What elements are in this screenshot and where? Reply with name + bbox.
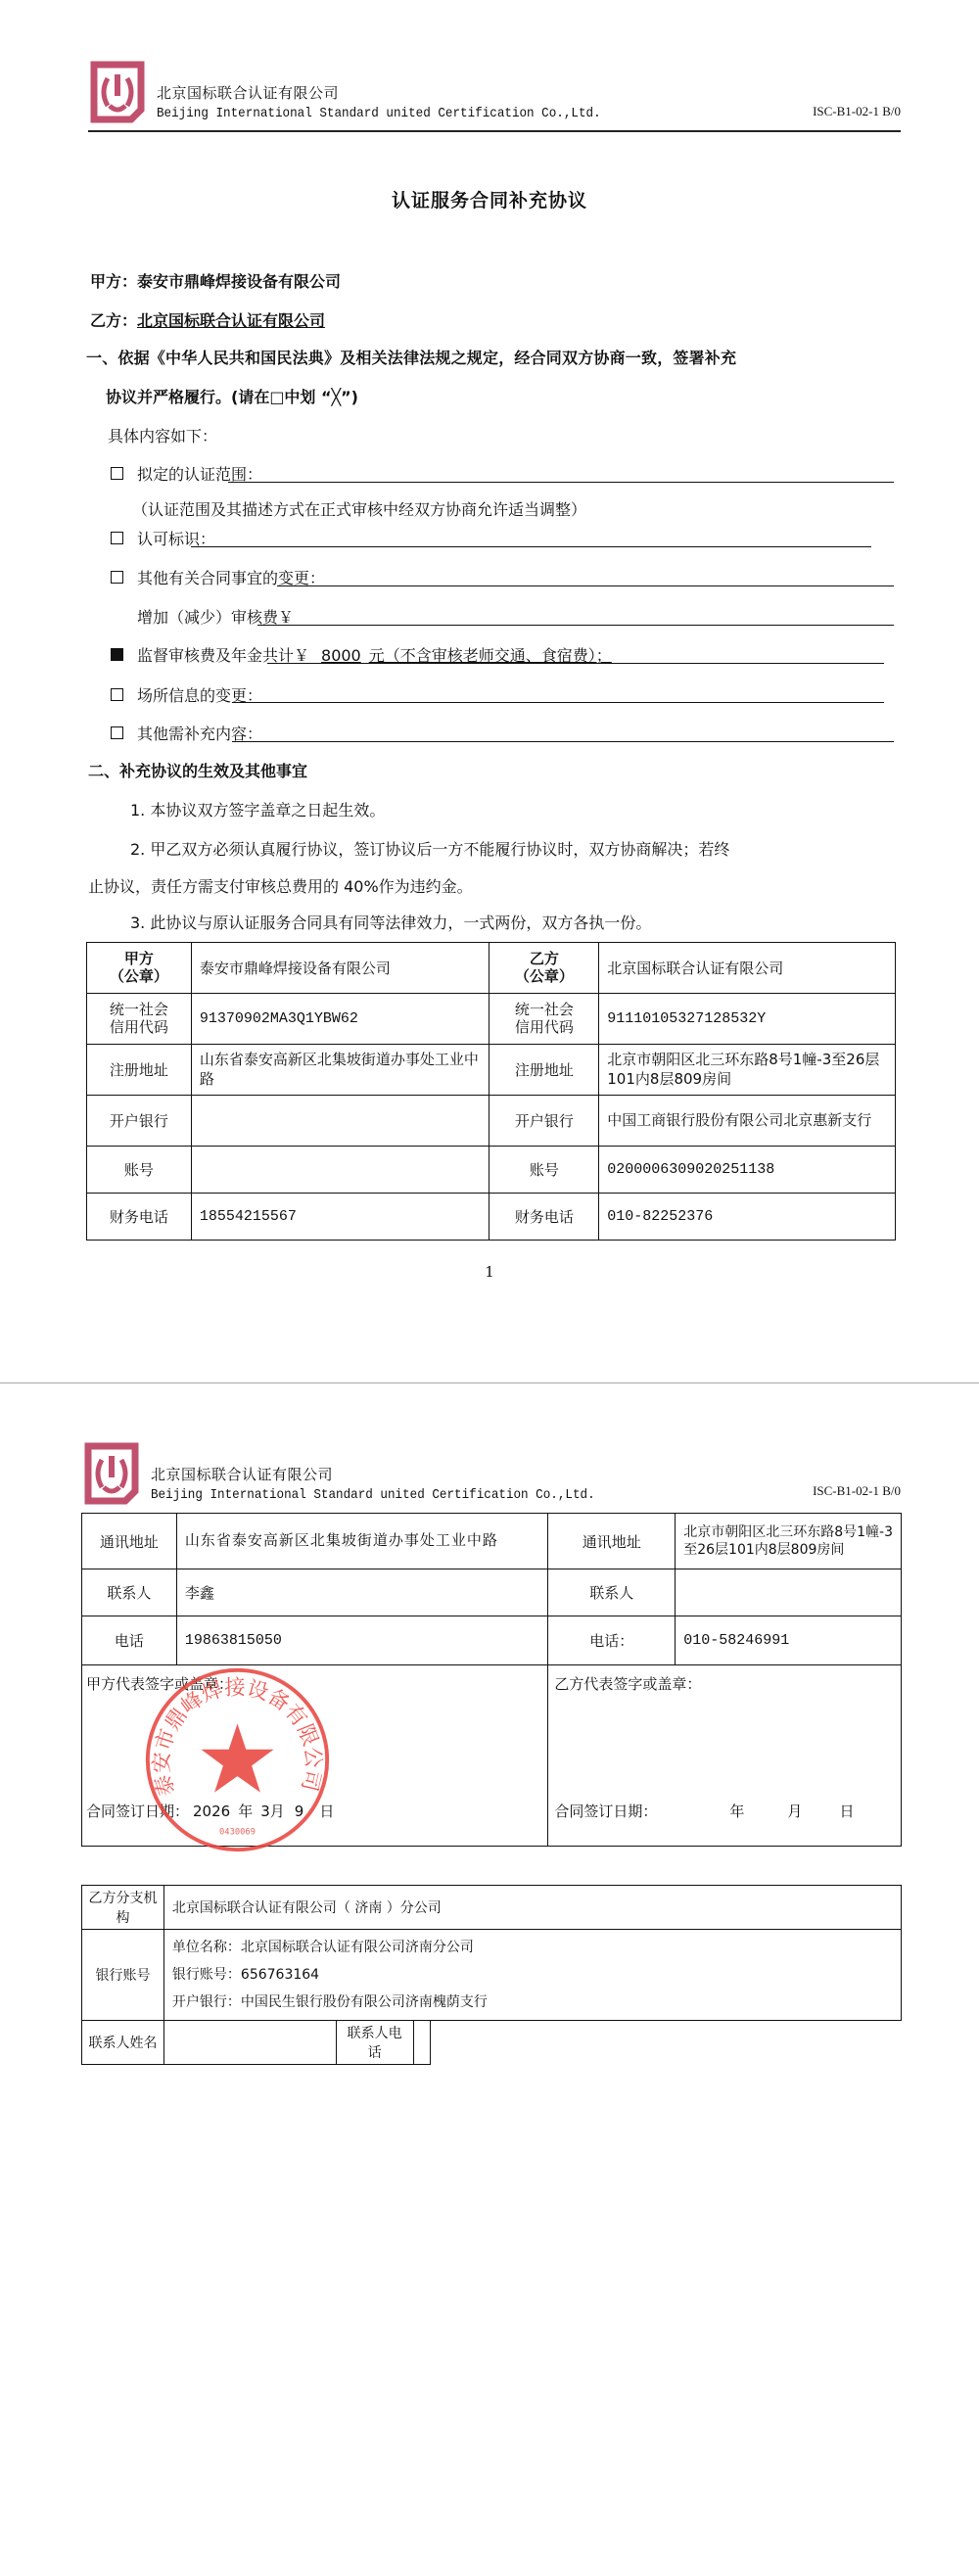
branch-label: 乙方分支机构 <box>82 1886 164 1930</box>
party-a-contact-label: 联系人 <box>82 1569 177 1616</box>
party-a-seal-label: 甲方 （公章） <box>87 943 192 994</box>
contact-name-label: 联系人姓名 <box>82 2021 164 2065</box>
party-a-bank <box>191 1096 489 1147</box>
party-a-account <box>191 1147 489 1194</box>
party-a-mail-address-label: 通讯地址 <box>82 1514 177 1569</box>
checkbox-certification-scope[interactable] <box>111 467 123 480</box>
document-code: ISC-B1-02-1 B/0 <box>813 1483 901 1499</box>
party-a-credit-code: 91370902MA3Q1YBW62 <box>191 994 489 1045</box>
party-a-sign-month: 3 <box>260 1803 270 1820</box>
branch-value: 北京国标联合认证有限公司（ 济南 ）分公司 <box>163 1886 901 1930</box>
branch-table: 乙方分支机构 北京国标联合认证有限公司（ 济南 ）分公司 银行账号 单位名称：北… <box>81 1885 902 2065</box>
letterhead: 北京国标联合认证有限公司 Beijing International Stand… <box>82 1442 901 1511</box>
table-row: 通讯地址 山东省泰安高新区北集坡街道办事处工业中路 通讯地址 北京市朝阳区北三环… <box>82 1514 902 1569</box>
party-b-account: 0200006309020251138 <box>599 1147 896 1194</box>
letterhead: 北京国标联合认证有限公司 Beijing International Stand… <box>88 61 901 129</box>
party-b-line: 乙方：北京国标联合认证有限公司 <box>90 308 325 331</box>
party-a-account-label: 账号 <box>87 1147 192 1194</box>
party-a-sign-year: 2026 <box>193 1803 230 1820</box>
content-intro: 具体内容如下： <box>108 424 217 446</box>
contact-table: 通讯地址 山东省泰安高新区北集坡街道办事处工业中路 通讯地址 北京市朝阳区北三环… <box>81 1513 902 1847</box>
checkbox-other-contract-changes[interactable] <box>111 571 123 584</box>
document-title: 认证服务合同补充协议 <box>0 186 979 212</box>
party-b-bank: 中国工商银行股份有限公司北京惠新支行 <box>599 1096 896 1147</box>
party-b-name: 北京国标联合认证有限公司 <box>137 311 325 330</box>
party-a-signature-label: 甲方代表签字或盖章： <box>86 1673 233 1694</box>
party-a-signature-cell[interactable]: 甲方代表签字或盖章： 合同签订日期：2026年3月9日 <box>82 1665 548 1847</box>
party-b-mail-address-label: 通讯地址 <box>548 1514 676 1569</box>
table-row: 统一社会 信用代码 91370902MA3Q1YBW62 统一社会 信用代码 9… <box>87 994 896 1045</box>
contact-phone-wrapper: 联系人电话 <box>336 2021 430 2065</box>
party-a-credit-code-label: 统一社会 信用代码 <box>87 994 192 1045</box>
party-a-mail-address: 山东省泰安高新区北集坡街道办事处工业中路 <box>176 1514 548 1569</box>
party-a-finance-phone: 18554215567 <box>191 1194 489 1241</box>
party-b-finance-phone: 010-82252376 <box>599 1194 896 1241</box>
party-b-contact <box>676 1569 902 1616</box>
party-a-line: 甲方：泰安市鼎峰焊接设备有限公司 <box>90 269 341 292</box>
party-a-name: 泰安市鼎峰焊接设备有限公司 <box>137 272 341 291</box>
header-divider <box>88 130 901 132</box>
party-b-credit-code-label: 统一社会 信用代码 <box>489 994 599 1045</box>
bank-account-label: 银行账号 <box>82 1930 164 2021</box>
bank-name: 开户银行：中国民生银行股份有限公司济南槐荫支行 <box>172 1989 893 2016</box>
table-row: 注册地址 山东省泰安高新区北集坡街道办事处工业中路 注册地址 北京市朝阳区北三环… <box>87 1045 896 1096</box>
bank-account-details: 单位名称：北京国标联合认证有限公司济南分公司 银行账号：656763164 开户… <box>163 1930 901 2021</box>
document-code: ISC-B1-02-1 B/0 <box>813 104 901 119</box>
clause-2-line-1: 2. 甲乙双方必须认真履行协议，签订协议后一方不能履行协议时，双方协商解决；若终 <box>130 837 729 860</box>
table-row: 财务电话 18554215567 财务电话 010-82252376 <box>87 1194 896 1241</box>
party-a-address-label: 注册地址 <box>87 1045 192 1096</box>
party-b-sign-date: 合同签订日期：年月日 <box>554 1801 854 1821</box>
party-b-company: 北京国标联合认证有限公司 <box>599 943 896 994</box>
party-a-address: 山东省泰安高新区北集坡街道办事处工业中路 <box>191 1045 489 1096</box>
document-page-1: 北京国标联合认证有限公司 Beijing International Stand… <box>0 0 979 1382</box>
company-name-en: Beijing International Standard united Ce… <box>151 1487 595 1503</box>
contact-name-field[interactable] <box>163 2021 336 2065</box>
party-b-signature-cell[interactable]: 乙方代表签字或盖章： 合同签订日期：年月日 <box>548 1665 902 1847</box>
company-logo-icon <box>82 1442 141 1505</box>
section-2-heading: 二、补充协议的生效及其他事宜 <box>88 759 307 781</box>
company-name-cn: 北京国标联合认证有限公司 <box>157 82 339 103</box>
table-row: 开户银行 开户银行 中国工商银行股份有限公司北京惠新支行 <box>87 1096 896 1147</box>
surveillance-fee-field[interactable] <box>267 663 884 664</box>
party-b-label: 乙方： <box>90 311 137 330</box>
site-info-change-field[interactable] <box>232 702 884 703</box>
checkbox-site-info-change[interactable] <box>111 688 123 701</box>
other-contract-changes-field[interactable] <box>277 585 894 586</box>
company-name-en: Beijing International Standard united Ce… <box>157 106 601 121</box>
bank-unit-name: 单位名称：北京国标联合认证有限公司济南分公司 <box>172 1934 893 1961</box>
party-b-bank-label: 开户银行 <box>489 1096 599 1147</box>
party-b-address-label: 注册地址 <box>489 1045 599 1096</box>
party-b-phone: 010-58246991 <box>676 1616 902 1665</box>
party-a-bank-label: 开户银行 <box>87 1096 192 1147</box>
contact-phone-label: 联系人电话 <box>337 2021 413 2064</box>
clause-3: 3. 此协议与原认证服务合同具有同等法律效力，一式两份，双方各执一份。 <box>130 911 651 933</box>
bank-account-number: 银行账号：656763164 <box>172 1961 893 1989</box>
table-row: 电话 19863815050 电话： 010-58246991 <box>82 1616 902 1665</box>
other-supplements-field[interactable] <box>232 741 894 742</box>
party-b-finance-phone-label: 财务电话 <box>489 1194 599 1241</box>
party-a-sign-day: 9 <box>295 1803 304 1820</box>
party-b-address: 北京市朝阳区北三环东路8号1幢-3至26层101内8层809房间 <box>599 1045 896 1096</box>
party-b-account-label: 账号 <box>489 1147 599 1194</box>
party-b-credit-code: 91110105327128532Y <box>599 994 896 1045</box>
party-b-signature-label: 乙方代表签字或盖章： <box>554 1673 701 1694</box>
certification-scope-field[interactable] <box>228 482 894 483</box>
party-a-phone: 19863815050 <box>176 1616 548 1665</box>
accreditation-mark-field[interactable] <box>191 546 871 547</box>
company-name-cn: 北京国标联合认证有限公司 <box>151 1464 333 1484</box>
certification-scope-note: （认证范围及其描述方式在正式审核中经双方协商允许适当调整） <box>132 497 586 520</box>
table-row: 乙方分支机构 北京国标联合认证有限公司（ 济南 ）分公司 <box>82 1886 902 1930</box>
party-a-contact: 李鑫 <box>176 1569 548 1616</box>
page-number: 1 <box>0 1263 979 1281</box>
table-row: 联系人姓名 联系人电话 <box>82 2021 902 2065</box>
party-a-company: 泰安市鼎峰焊接设备有限公司 <box>191 943 489 994</box>
party-a-sign-date: 合同签订日期：2026年3月9日 <box>86 1801 334 1821</box>
party-a-label: 甲方： <box>90 272 137 291</box>
section-1-heading-line-1: 一、依据《中华人民共和国民法典》及相关法律法规之规定，经合同双方协商一致，签署补… <box>86 346 736 368</box>
clause-1: 1. 本协议双方签字盖章之日起生效。 <box>130 798 385 820</box>
checkbox-accreditation-mark[interactable] <box>111 532 123 544</box>
party-b-contact-label: 联系人 <box>548 1569 676 1616</box>
checkbox-other-supplements[interactable] <box>111 726 123 739</box>
table-row: 甲方 （公章） 泰安市鼎峰焊接设备有限公司 乙方 （公章） 北京国标联合认证有限… <box>87 943 896 994</box>
company-logo-icon <box>88 61 147 123</box>
table-row: 银行账号 单位名称：北京国标联合认证有限公司济南分公司 银行账号：6567631… <box>82 1930 902 2021</box>
table-row: 账号 账号 0200006309020251138 <box>87 1147 896 1194</box>
checkbox-surveillance-fee[interactable] <box>111 648 123 661</box>
signature-row: 甲方代表签字或盖章： 合同签订日期：2026年3月9日 乙方代表签字或盖章： 合… <box>82 1665 902 1847</box>
clause-2-line-2: 止协议，责任方需支付审核总费用的 40%作为违约金。 <box>88 874 473 897</box>
party-info-table: 甲方 （公章） 泰安市鼎峰焊接设备有限公司 乙方 （公章） 北京国标联合认证有限… <box>86 942 896 1241</box>
section-1-heading-line-2: 协议并严格履行。(请在□中划 “╳”) <box>106 385 358 407</box>
table-row: 联系人 李鑫 联系人 <box>82 1569 902 1616</box>
party-b-phone-label: 电话： <box>548 1616 676 1665</box>
party-a-phone-label: 电话 <box>82 1616 177 1665</box>
audit-fee-adjustment-field[interactable] <box>257 625 894 626</box>
party-b-mail-address: 北京市朝阳区北三环东路8号1幢-3至26层101内8层809房间 <box>676 1514 902 1569</box>
party-b-seal-label: 乙方 （公章） <box>489 943 599 994</box>
party-a-finance-phone-label: 财务电话 <box>87 1194 192 1241</box>
contact-phone-field[interactable] <box>413 2021 430 2064</box>
